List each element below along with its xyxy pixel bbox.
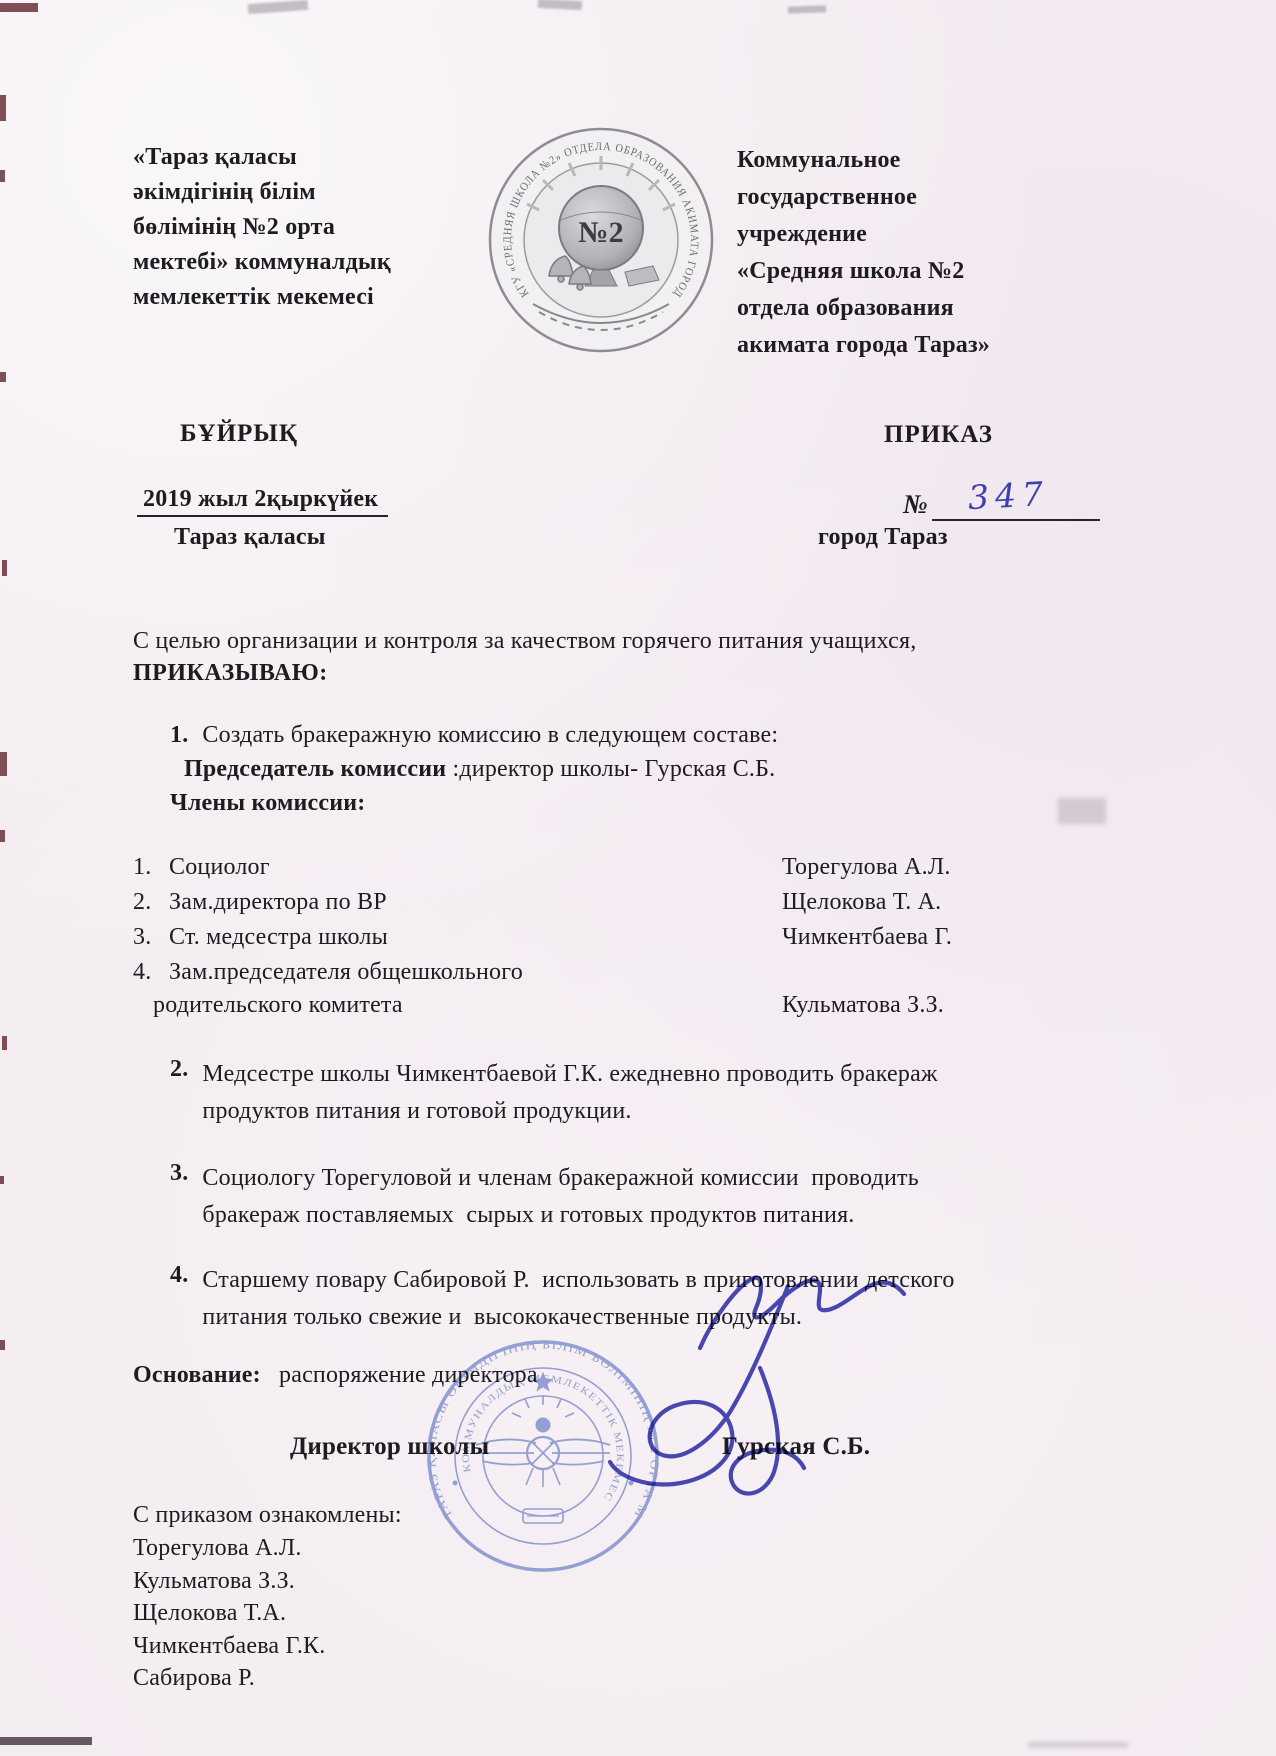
commission-member-row: 4. Зам.председателя общешкольного [133, 959, 1013, 989]
item-number: 1. [170, 722, 188, 749]
emblem-number: №2 [578, 216, 624, 249]
item-text: Создать бракеражную комиссию в следующем… [202, 722, 778, 749]
member-role: Ст. медсестра школы [169, 924, 388, 951]
chairman-label: Председатель комиссии [184, 756, 446, 782]
commission-member-row: 2. Зам.директора по ВР Щелокова Т. А. [133, 889, 1013, 919]
chairman-value: :директор школы- Гурская С.Б. [446, 756, 775, 782]
item-number: 3. [170, 1160, 188, 1234]
member-role-continued: родительского комитета [153, 992, 403, 1019]
scan-artifact [0, 1737, 92, 1745]
order-date: 2019 жыл 2қыркүйек [137, 486, 388, 513]
scan-artifact [0, 1176, 4, 1184]
order-title-kazakh: БҰЙРЫҚ [180, 420, 298, 448]
number-underline [932, 519, 1100, 521]
handwritten-order-number: 347 [967, 474, 1050, 517]
scan-artifact [0, 372, 6, 382]
org-name-russian: Коммунальное государственное учреждение … [737, 142, 1047, 364]
scan-mark [1058, 798, 1106, 824]
member-name: Щелокова Т. А. [782, 889, 941, 916]
school-emblem-seal: №2 КГУ «СРЕДНЯЯ ШКОЛА №2» ОТДЕЛА ОБРАЗОВ… [487, 126, 715, 354]
scan-artifact [2, 560, 7, 576]
member-number: 1. [133, 854, 151, 881]
order-date-text: 2019 жыл 2қыркүйек [137, 486, 388, 517]
item-text: Медсестре школы Чимкентбаевой Г.К. ежедн… [202, 1056, 937, 1130]
scan-artifact [0, 95, 6, 121]
order-title-russian: ПРИКАЗ [884, 421, 993, 449]
member-role: Зам.председателя общешкольного [169, 959, 523, 986]
scan-artifact [0, 1340, 5, 1350]
scan-artifact [0, 170, 5, 182]
scan-artifact [0, 3, 38, 12]
sun-icon [536, 1418, 550, 1432]
member-name: Чимкентбаева Г. [782, 924, 952, 951]
member-name: Торегулова А.Л. [782, 854, 951, 881]
scan-mark [788, 5, 826, 13]
org-name-kazakh: «Тараз қаласы әкімдігінің білім бөліміні… [133, 140, 463, 315]
intro-paragraph: С целью организации и контроля за качест… [133, 628, 916, 655]
scan-mark [248, 0, 309, 14]
members-label: Члены комиссии: [170, 790, 365, 817]
basis-label: Основание: [133, 1362, 261, 1388]
order-item-3: 3. Социологу Торегуловой и членам бракер… [170, 1160, 919, 1234]
scan-artifact [2, 1036, 7, 1050]
scanned-order-document: «Тараз қаласы әкімдігінің білім бөліміні… [0, 0, 1276, 1756]
number-sign: № [903, 489, 928, 520]
member-number: 2. [133, 889, 151, 916]
scan-artifact [1028, 1742, 1128, 1748]
acknowledged-names: Торегулова А.Л. Кульматова З.З. Щелокова… [133, 1532, 325, 1695]
member-role: Социолог [169, 854, 270, 881]
resolve-word: ПРИКАЗЫВАЮ: [133, 660, 328, 687]
chairman-line: Председатель комиссии :директор школы- Г… [184, 756, 775, 783]
order-item-1: 1. Создать бракеражную комиссию в следую… [170, 722, 778, 749]
scan-artifact [0, 830, 5, 842]
order-item-2: 2. Медсестре школы Чимкентбаевой Г.К. еж… [170, 1056, 938, 1130]
item-number: 4. [170, 1262, 188, 1336]
item-text: Социологу Торегуловой и членам бракеражн… [202, 1160, 918, 1234]
member-role: Зам.директора по ВР [169, 889, 387, 916]
member-name: Кульматова З.З. [782, 992, 944, 1019]
commission-member-row: 3. Ст. медсестра школы Чимкентбаева Г. [133, 924, 1013, 954]
scan-mark [538, 0, 582, 10]
member-number: 3. [133, 924, 151, 951]
acknowledged-label: С приказом ознакомлены: [133, 1502, 402, 1529]
commission-member-row: родительского комитета Кульматова З.З. [133, 992, 1013, 1022]
scan-artifact [0, 752, 7, 776]
city-russian: город Тараз [818, 524, 948, 551]
item-number: 2. [170, 1056, 188, 1130]
city-kazakh: Тараз қаласы [174, 524, 326, 551]
commission-member-row: 1. Социолог Торегулова А.Л. [133, 854, 1013, 884]
director-signature [552, 1256, 912, 1506]
member-number: 4. [133, 959, 151, 986]
